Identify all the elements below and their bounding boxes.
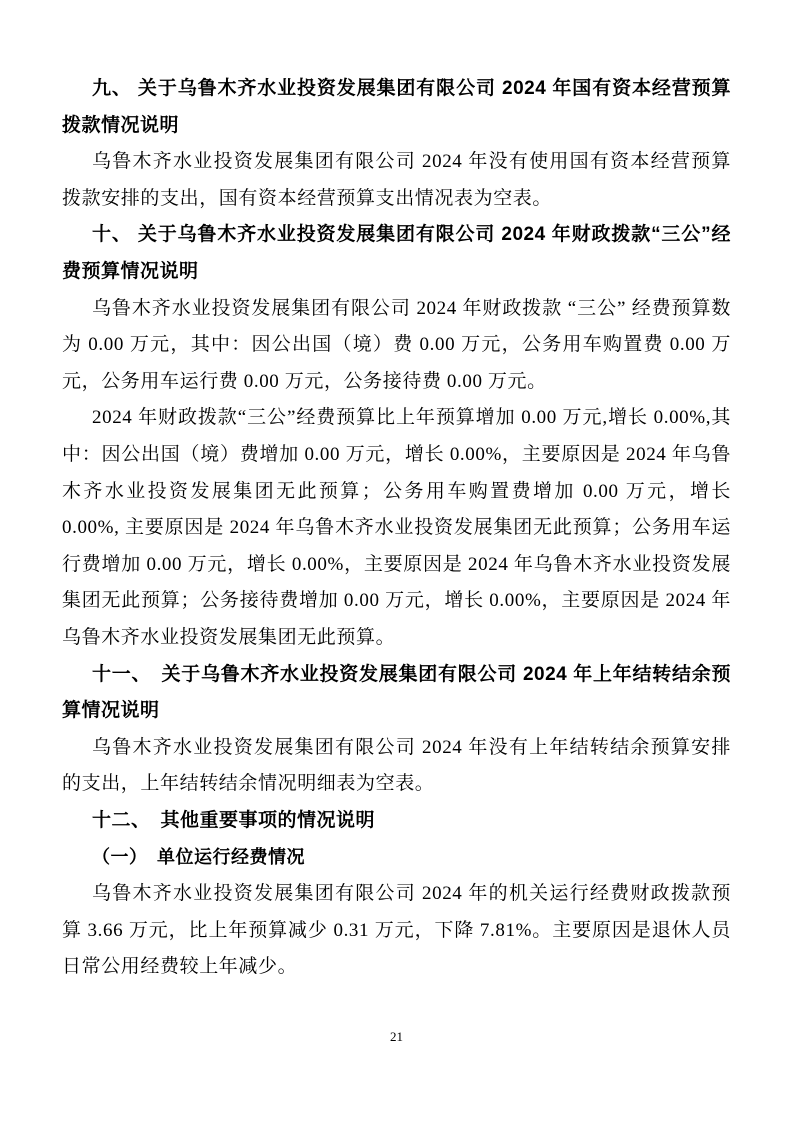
section-11-heading: 十一、 关于乌鲁木齐水业投资发展集团有限公司 2024 年上年结转结余预算情况说… [62, 657, 731, 730]
section-11-paragraph-1: 乌鲁木齐水业投资发展集团有限公司 2024 年没有上年结转结余预算安排的支出，上… [62, 730, 731, 803]
section-10-paragraph-1: 乌鲁木齐水业投资发展集团有限公司 2024 年财政拨款 “三公” 经费预算数为 … [62, 291, 731, 401]
section-12: 十二、 其他重要事项的情况说明 （一） 单位运行经费情况 乌鲁木齐水业投资发展集… [62, 803, 731, 986]
page-number: 21 [390, 1029, 403, 1044]
section-12-paragraph-1: 乌鲁木齐水业投资发展集团有限公司 2024 年的机关运行经费财政拨款预算 3.6… [62, 876, 731, 986]
section-9-heading: 九、 关于乌鲁木齐水业投资发展集团有限公司 2024 年国有资本经营预算拨款情况… [62, 71, 731, 144]
section-10: 十、 关于乌鲁木齐水业投资发展集团有限公司 2024 年财政拨款“三公”经费预算… [62, 217, 731, 656]
section-11: 十一、 关于乌鲁木齐水业投资发展集团有限公司 2024 年上年结转结余预算情况说… [62, 657, 731, 803]
document-page: 九、 关于乌鲁木齐水业投资发展集团有限公司 2024 年国有资本经营预算拨款情况… [0, 0, 793, 1122]
section-10-heading: 十、 关于乌鲁木齐水业投资发展集团有限公司 2024 年财政拨款“三公”经费预算… [62, 217, 731, 290]
section-9-paragraph-1: 乌鲁木齐水业投资发展集团有限公司 2024 年没有使用国有资本经营预算拨款安排的… [62, 144, 731, 217]
section-12-subheading: （一） 单位运行经费情况 [62, 839, 731, 876]
section-9: 九、 关于乌鲁木齐水业投资发展集团有限公司 2024 年国有资本经营预算拨款情况… [62, 71, 731, 217]
section-12-heading: 十二、 其他重要事项的情况说明 [62, 803, 731, 840]
section-10-paragraph-2: 2024 年财政拨款“三公”经费预算比上年预算增加 0.00 万元,增长 0.0… [62, 400, 731, 656]
page-footer: 21 [0, 1028, 793, 1046]
